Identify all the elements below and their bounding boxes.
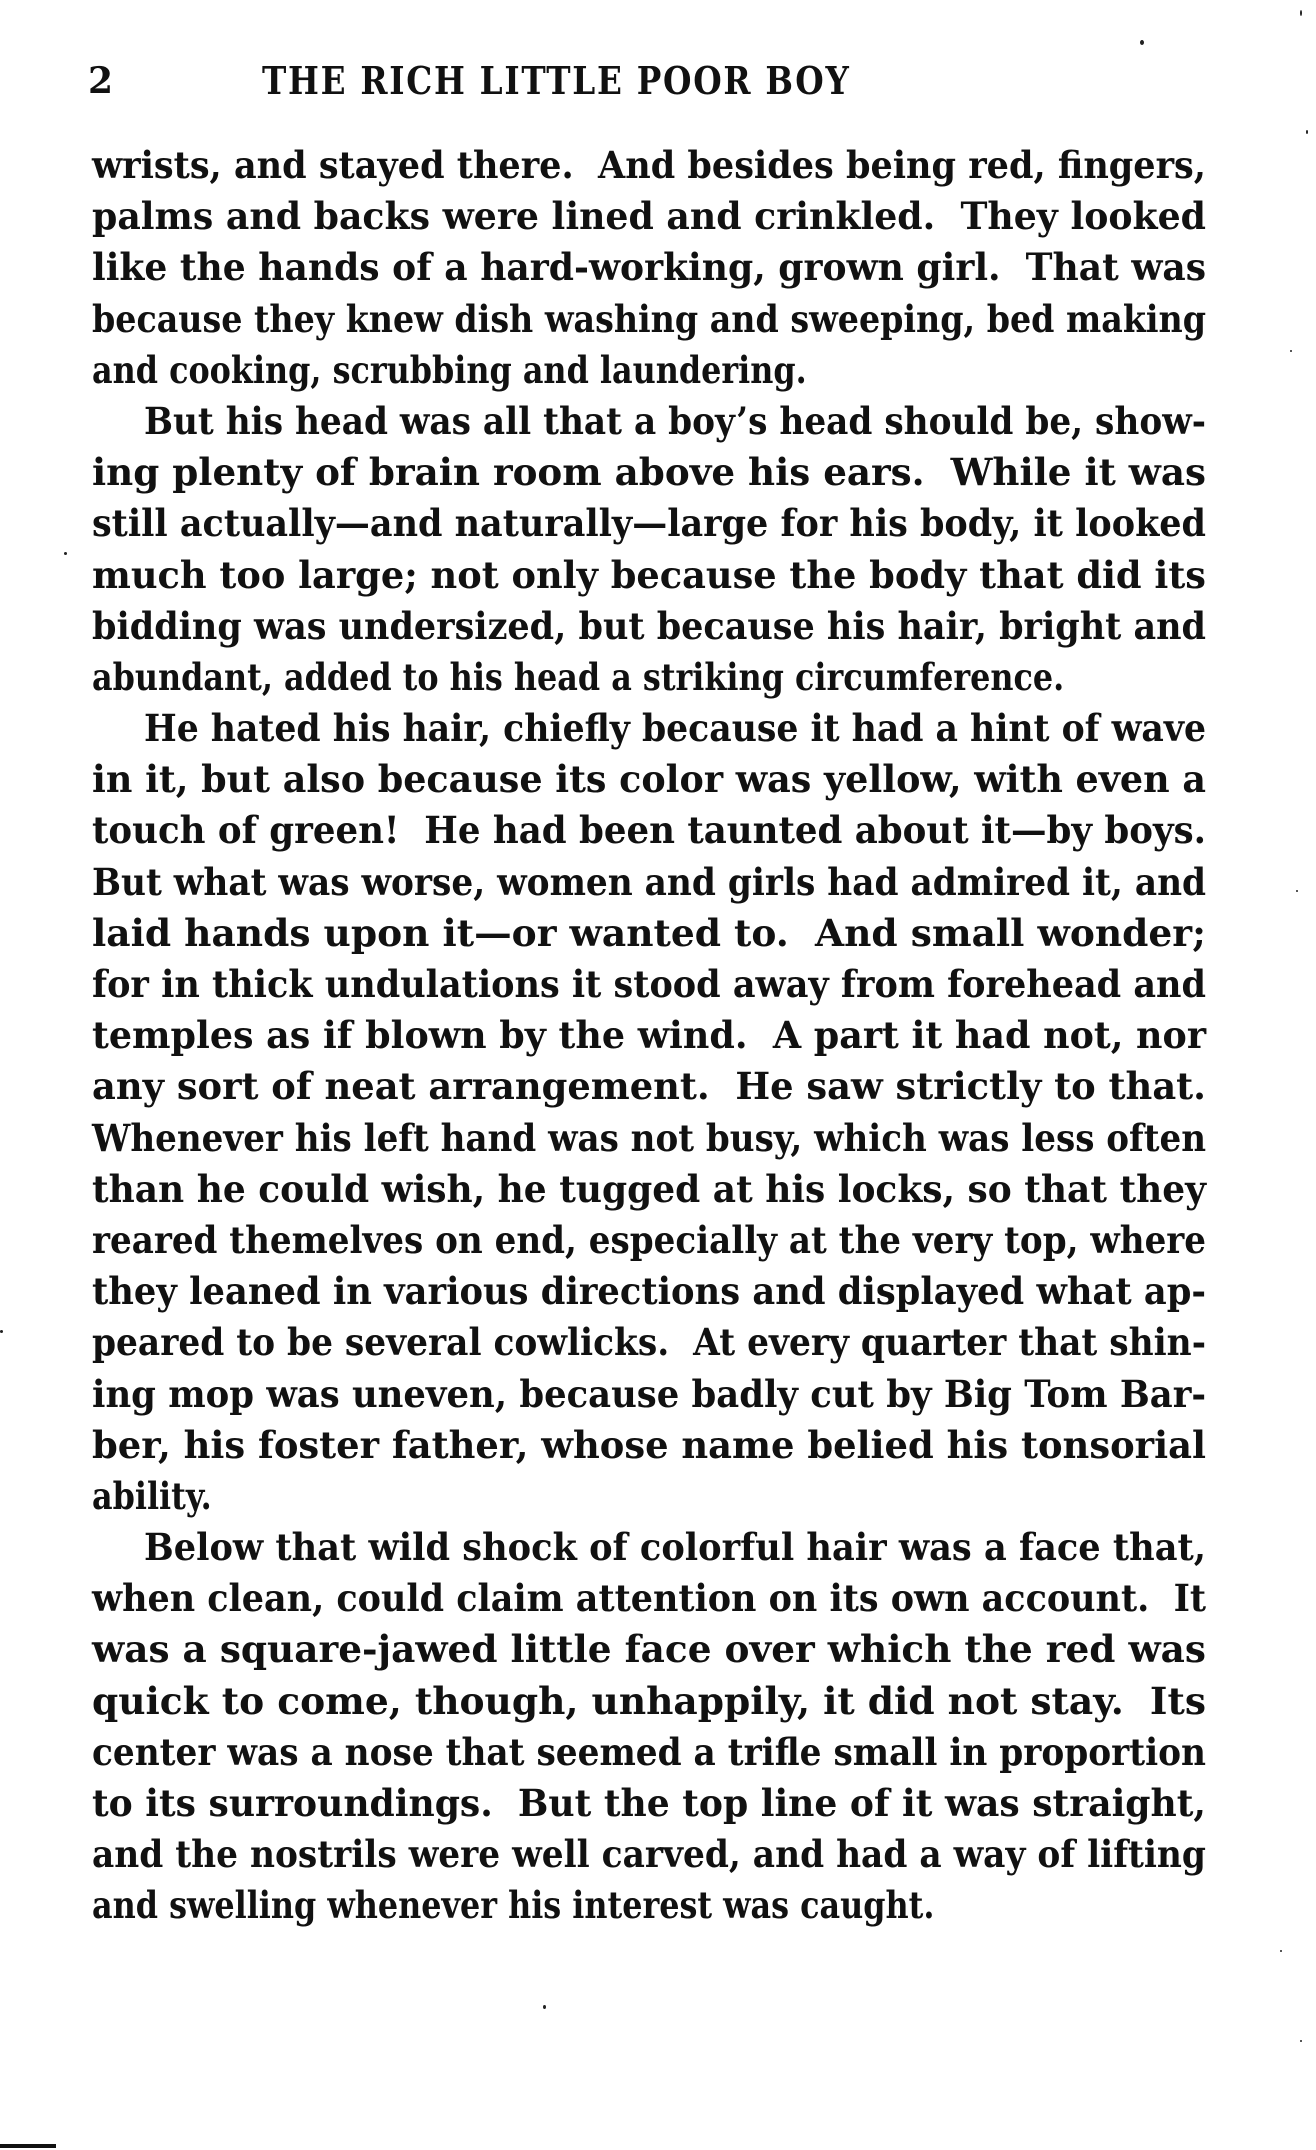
text-line: ing plenty of brain room above his ears.… xyxy=(92,447,1214,498)
text-line: when clean, could claim attention on its… xyxy=(92,1573,1144,1624)
text-line: because they knew dish washing and sweep… xyxy=(92,294,1094,345)
book-title: THE RICH LITTLE POOR BOY xyxy=(262,58,851,103)
text-line: and cooking, scrubbing and laundering. xyxy=(92,345,1050,396)
text-line: and the nostrils were well carved, and h… xyxy=(92,1829,1127,1880)
text-line: they leaned in various directions and di… xyxy=(92,1266,1154,1317)
text-line: still actually—and naturally—large for h… xyxy=(92,498,1145,549)
text-line: wrists, and stayed there. And besides be… xyxy=(92,140,1147,191)
text-line: ability. xyxy=(92,1471,1050,1522)
paragraph: wrists, and stayed there. And besides be… xyxy=(92,140,1206,396)
scan-edge-mark xyxy=(0,2144,56,2148)
text-line: Below that wild shock of colorful hair w… xyxy=(92,1522,1151,1573)
text-line: touch of green! He had been taunted abou… xyxy=(92,805,1162,856)
body-text: wrists, and stayed there. And besides be… xyxy=(92,140,1206,1932)
running-head: 2 THE RICH LITTLE POOR BOY xyxy=(70,52,1230,102)
text-line: in it, but also because its color was ye… xyxy=(92,754,1190,805)
text-line: bidding was undersized, but because his … xyxy=(92,601,1145,652)
text-line: for in thick undulations it stood away f… xyxy=(92,959,1147,1010)
text-line: peared to be several cowlicks. At every … xyxy=(92,1317,1127,1368)
text-line: like the hands of a hard-working, grown … xyxy=(92,242,1178,293)
text-line: much too large; not only because the bod… xyxy=(92,550,1197,601)
paragraph: But his head was all that a boy’s head s… xyxy=(92,396,1206,703)
paragraph: He hated his hair, chiefly because it ha… xyxy=(92,703,1206,1522)
text-line: any sort of neat arrangement. He saw str… xyxy=(92,1061,1200,1112)
text-line: to its surroundings. But the top line of… xyxy=(92,1778,1178,1829)
text-line: palms and backs were lined and crinkled.… xyxy=(92,191,1183,242)
paragraph: Below that wild shock of colorful hair w… xyxy=(92,1522,1206,1932)
book-page: 2 THE RICH LITTLE POOR BOY wrists, and s… xyxy=(0,0,1316,2150)
text-line: laid hands upon it—or wanted to. And sma… xyxy=(92,908,1222,959)
text-line: and swelling whenever his interest was c… xyxy=(92,1880,1050,1931)
text-line: ing mop was uneven, because badly cut by… xyxy=(92,1369,1157,1420)
text-line: than he could wish, he tugged at his loc… xyxy=(92,1164,1175,1215)
text-line: But what was worse, women and girls had … xyxy=(92,857,1126,908)
text-line: Whenever his left hand was not busy, whi… xyxy=(92,1113,1119,1164)
text-line: But his head was all that a boy’s head s… xyxy=(92,396,1125,447)
text-line: center was a nose that seemed a trifle s… xyxy=(92,1727,1125,1778)
page-number: 2 xyxy=(88,60,113,102)
text-line: quick to come, though, unhappily, it did… xyxy=(92,1676,1222,1727)
text-line: reared themelves on end, especially at t… xyxy=(92,1215,1120,1266)
text-line: ber, his foster father, whose name belie… xyxy=(92,1420,1202,1471)
text-line: was a square-jawed little face over whic… xyxy=(92,1624,1219,1675)
text-line: abundant, added to his head a striking c… xyxy=(92,652,1050,703)
text-line: He hated his hair, chiefly because it ha… xyxy=(92,703,1134,754)
text-line: temples as if blown by the wind. A part … xyxy=(92,1010,1189,1061)
